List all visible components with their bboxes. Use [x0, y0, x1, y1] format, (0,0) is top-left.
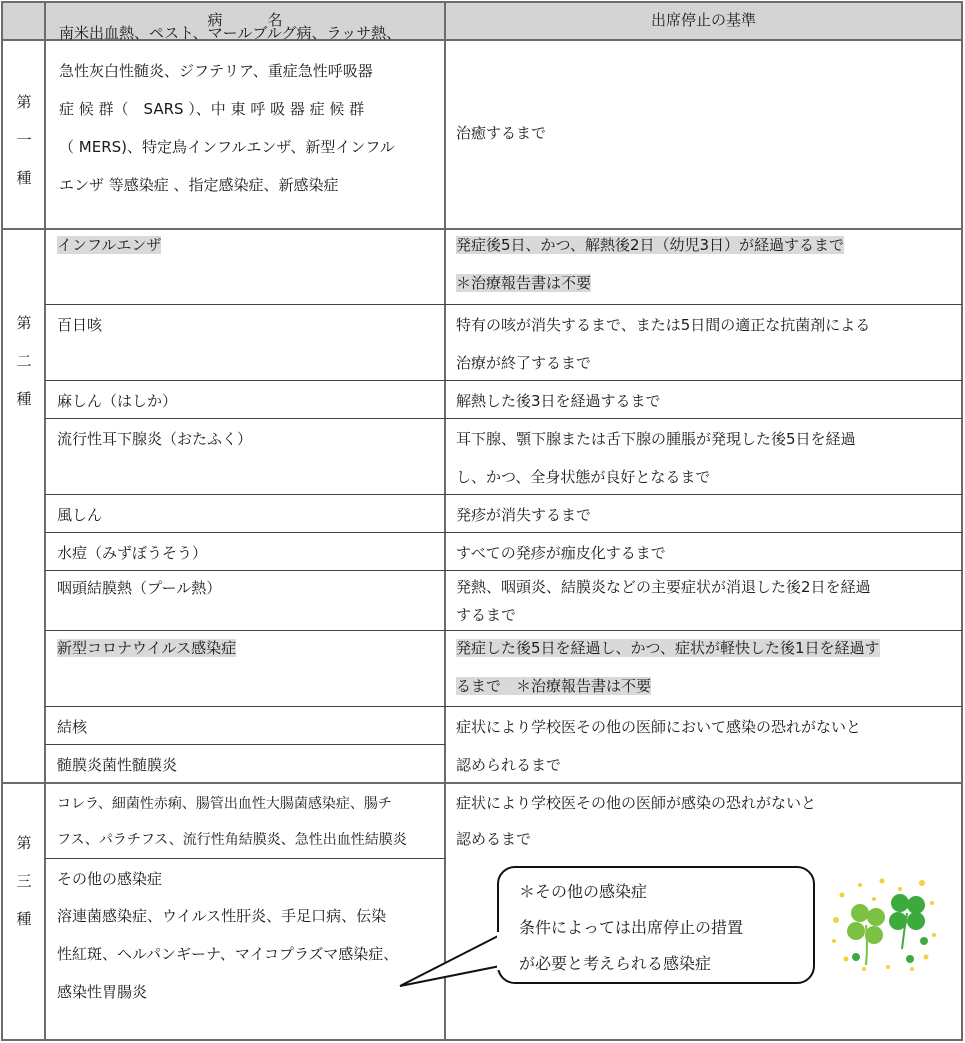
type1-criteria: 治癒するまで	[456, 114, 546, 152]
criteria-tb-meningitis-1: 症状により学校医その他の医師において感染の恐れがないと	[456, 708, 861, 746]
disease-mumps: 流行性耳下腺炎（おたふく）	[57, 420, 252, 458]
criteria-measles: 解熱した後3日を経過するまで	[456, 382, 661, 420]
criteria-varicella: すべての発疹が痂皮化するまで	[456, 534, 666, 572]
disease-pertussis: 百日咳	[57, 306, 102, 344]
criteria-mumps-1: 耳下腺、顎下腺または舌下腺の腫脹が発現した後5日を経過	[456, 420, 856, 458]
row-line	[45, 304, 962, 305]
category-type3: 第 三 種	[3, 824, 45, 938]
category-type2: 第 二 種	[3, 304, 45, 418]
four-leaf-clover-icon	[830, 875, 940, 975]
row-line	[45, 706, 962, 707]
criteria-tb-meningitis-2: 認められるまで	[456, 746, 561, 784]
column-divider	[444, 1, 446, 1041]
disease-covid19: 新型コロナウイルス感染症	[57, 633, 236, 663]
criteria-pertussis-2: 治療が終了するまで	[456, 344, 591, 382]
infection-table: 病 名 出席停止の基準 第 一 種 第 二 種 第 三 種 南米出血熱、ペスト、…	[1, 1, 963, 1041]
criteria-pertussis-1: 特有の咳が消失するまで、または5日間の適正な抗菌剤による	[456, 306, 870, 344]
category-type1: 第 一 種	[3, 83, 45, 197]
callout-text: ＊その他の感染症 条件によっては出席停止の措置 が必要と考えられる感染症	[519, 874, 743, 982]
disease-measles: 麻しん（はしか）	[57, 382, 177, 420]
row-line	[45, 630, 962, 631]
disease-varicella: 水痘（みずぼうそう）	[57, 534, 207, 572]
criteria-rubella: 発疹が消失するまで	[456, 496, 591, 534]
disease-influenza: インフルエンザ	[57, 230, 161, 260]
criteria-covid19-1: 発症した後5日を経過し、かつ、症状が軽快した後1日を経過す	[456, 633, 880, 663]
callout-bubble: ＊その他の感染症 条件によっては出席停止の措置 が必要と考えられる感染症	[497, 866, 815, 984]
disease-pharyngoconjunctival-fever: 咽頭結膜熱（プール熱）	[57, 572, 221, 604]
criteria-influenza: 発症後5日、かつ、解熱後2日（幼児3日）が経過するまで	[456, 230, 844, 260]
disease-meningococcal-meningitis: 髄膜炎菌性髄膜炎	[57, 746, 177, 784]
criteria-pcf-1: 発熱、咽頭炎、結膜炎などの主要症状が消退した後2日を経過	[456, 572, 871, 602]
disease-tuberculosis: 結核	[57, 708, 87, 746]
border-right	[961, 1, 963, 1041]
disease-rubella: 風しん	[57, 496, 102, 534]
row-line	[45, 744, 445, 745]
criteria-influenza-note: ＊治療報告書は不要	[456, 268, 591, 298]
criteria-type3-2: 認めるまで	[456, 820, 531, 858]
other-infections-title: その他の感染症	[57, 860, 162, 898]
criteria-type3-1: 症状により学校医その他の医師が感染の恐れがないと	[456, 784, 816, 822]
border-bottom	[1, 1039, 963, 1041]
header-criteria: 出席停止の基準	[446, 1, 961, 40]
criteria-mumps-2: し、かつ、全身状態が良好となるまで	[456, 458, 710, 496]
criteria-pcf-2: するまで	[456, 600, 516, 630]
criteria-covid19-2: るまで ＊治療報告書は不要	[456, 671, 651, 701]
callout-tail-mask	[497, 930, 503, 972]
